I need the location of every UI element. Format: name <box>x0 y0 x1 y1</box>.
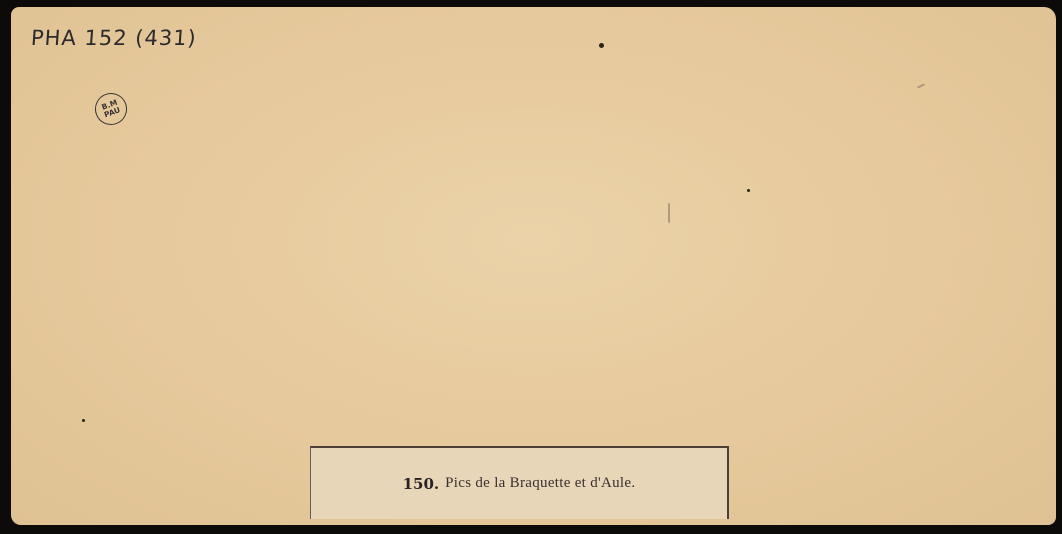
handwritten-reference: PHA 152 (431) <box>30 26 197 50</box>
ink-spot <box>599 43 604 48</box>
paper-scratch <box>917 83 925 88</box>
caption-label: 150. Pics de la Braquette et d'Aule. <box>310 446 729 519</box>
ink-spot <box>747 189 750 192</box>
card-back: PHA 152 (431) B.M PAU 150. Pics de la Br… <box>11 7 1056 525</box>
library-stamp-icon: B.M PAU <box>90 88 131 129</box>
caption-number: 150. <box>403 475 440 493</box>
ink-spot <box>82 419 85 422</box>
paper-scratch <box>668 203 670 223</box>
caption-title: Pics de la Braquette et d'Aule. <box>445 475 635 492</box>
